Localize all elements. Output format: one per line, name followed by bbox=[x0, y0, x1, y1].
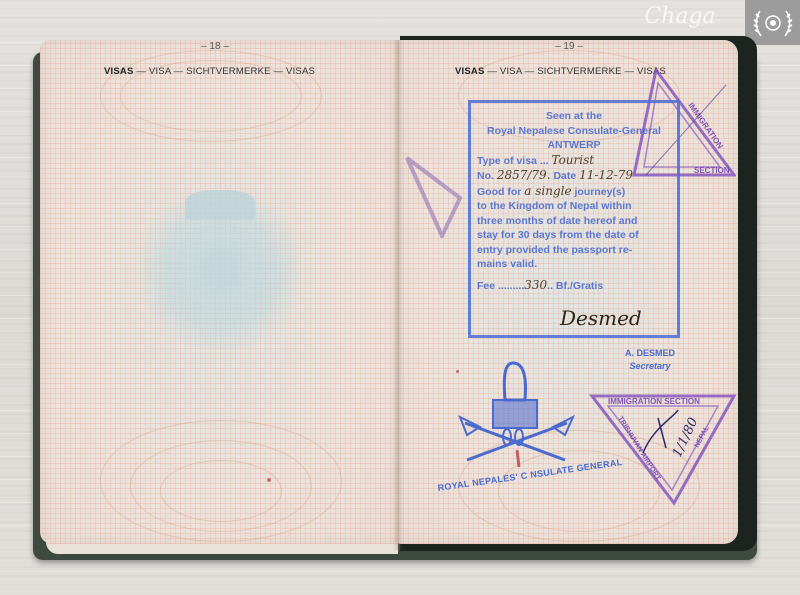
visa-type-value: Tourist bbox=[552, 153, 595, 167]
good-for-value: a single bbox=[524, 184, 571, 198]
fee-value: 330 bbox=[524, 278, 547, 292]
coat-of-arms-icon bbox=[140, 190, 300, 350]
header-sichtvermerke: SICHTVERMERKE bbox=[186, 66, 270, 77]
visa-date-value: 11-12-79 bbox=[579, 168, 633, 182]
stamp-line-consulate: Royal Nepalese Consulate-General bbox=[477, 124, 671, 139]
stamp-line-seen-at: Seen at the bbox=[477, 109, 671, 124]
svg-text:SECTION: SECTION bbox=[694, 166, 730, 175]
good-for-label: Good for bbox=[477, 186, 521, 198]
header-separator: — bbox=[485, 66, 500, 77]
signer-name: A. DESMED bbox=[600, 347, 700, 360]
stamp-body-line: to the Kingdom of Nepal within bbox=[477, 199, 671, 214]
header-sichtvermerke: SICHTVERMERKE bbox=[537, 66, 621, 77]
header-visas: VISAS bbox=[455, 66, 485, 77]
triangle-stamp-icon: IMMIGRATION SECTION TRIBHUVAN AIRPORT NE… bbox=[588, 388, 738, 508]
laurel-wreath-lion-icon bbox=[745, 0, 800, 45]
header-separator: — bbox=[522, 66, 537, 77]
visa-type-label: Type of visa ... bbox=[477, 155, 549, 167]
consul-signature: Desmed bbox=[560, 306, 642, 330]
stamp-visa-number-date: No. 2857/79. Date 11-12-79 bbox=[477, 168, 671, 184]
signer-block: A. DESMED Secretary bbox=[600, 347, 700, 373]
stamp-body-line: entry provided the passport re- bbox=[477, 243, 671, 258]
guilloche-pattern bbox=[160, 460, 282, 522]
header-separator: — bbox=[171, 66, 186, 77]
entry-date-handwritten: 1/1/80 bbox=[670, 415, 701, 459]
stamp-body-line: three months of date hereof and bbox=[477, 214, 671, 229]
stamp-body-line: stay for 30 days from the date of bbox=[477, 228, 671, 243]
stamp-body-line: mains valid. bbox=[477, 257, 671, 272]
stamp-line-city: ANTWERP bbox=[477, 138, 671, 153]
header-visas: VISAS bbox=[104, 66, 134, 77]
header-separator: — bbox=[271, 66, 286, 77]
header-separator: — bbox=[134, 66, 149, 77]
faded-triangle-stamp-icon bbox=[402, 148, 462, 238]
passport-spine bbox=[393, 40, 403, 550]
tribhuvan-airport-text: TRIBHUVAN AIRPORT bbox=[616, 415, 661, 482]
visa-number-value: 2857/79. bbox=[497, 168, 551, 182]
nepal-royal-emblem-icon bbox=[455, 355, 595, 475]
ink-mark bbox=[456, 370, 459, 373]
visa-number-label: No. bbox=[477, 170, 494, 182]
page-number-right: – 19 – bbox=[519, 41, 619, 52]
signer-title: Secretary bbox=[600, 360, 700, 373]
stamp-good-for: Good for a single journey(s) bbox=[477, 184, 671, 200]
header-visa: VISA bbox=[149, 66, 171, 77]
header-visa: VISA bbox=[500, 66, 522, 77]
ink-mark bbox=[267, 478, 271, 482]
immigration-section-text: IMMIGRATION SECTION bbox=[608, 397, 700, 406]
visa-date-label: Date bbox=[553, 170, 576, 182]
nepal-visa-stamp: Seen at the Royal Nepalese Consulate-Gen… bbox=[468, 100, 680, 338]
journey-label: journey(s) bbox=[575, 186, 626, 198]
stamp-visa-type: Type of visa ... Tourist bbox=[477, 153, 671, 169]
page-number-left: – 18 – bbox=[165, 41, 265, 52]
fee-suffix: .. Bf./Gratis bbox=[547, 280, 603, 292]
fee-label: Fee ......... bbox=[477, 280, 524, 292]
visa-page-header-left: VISAS — VISA — SICHTVERMERKE — VISAS bbox=[104, 66, 315, 77]
stamp-fee: Fee .........330.. Bf./Gratis bbox=[477, 278, 671, 294]
header-visas-fr: VISAS bbox=[286, 66, 315, 77]
